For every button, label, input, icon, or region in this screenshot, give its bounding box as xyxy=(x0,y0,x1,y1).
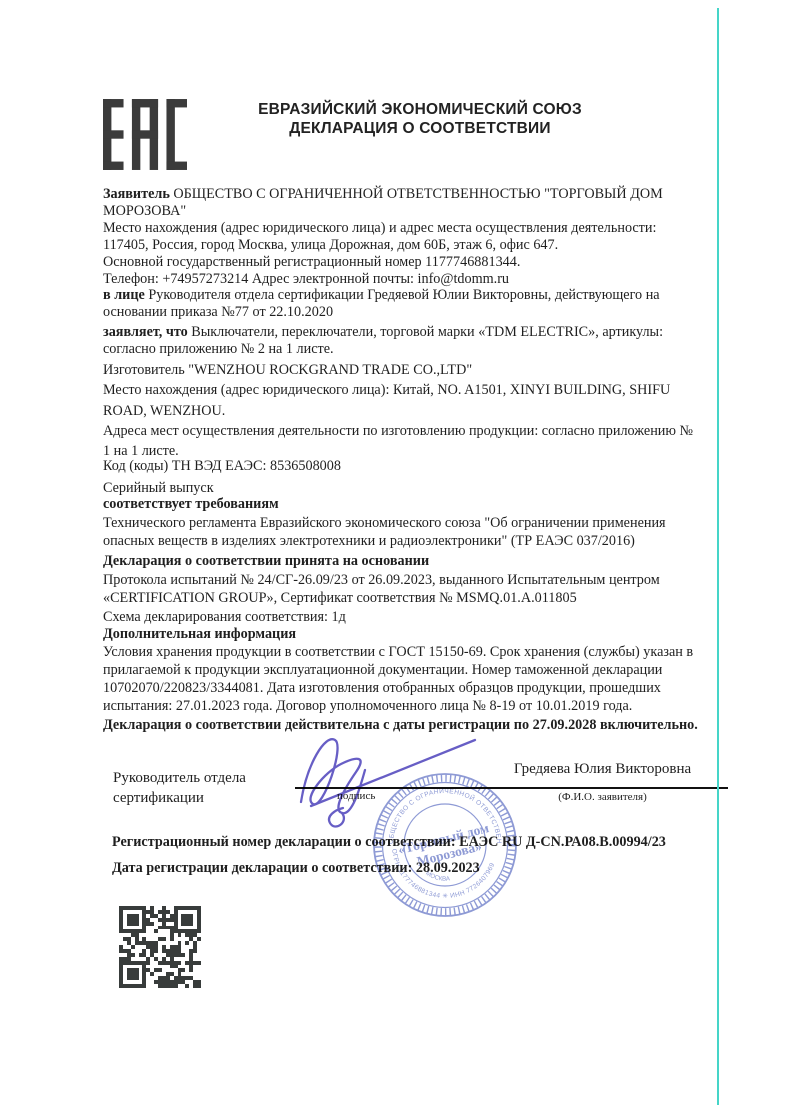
declares-section: заявляет, что Выключатели, переключатели… xyxy=(103,324,663,358)
additional-info-section: Дополнительная информация Условия хранен… xyxy=(103,625,693,715)
applicant-address-line: Место нахождения (адрес юридического лиц… xyxy=(103,220,663,237)
svg-text:МОСКВА: МОСКВА xyxy=(424,870,451,883)
compliance-line1: Технического регламента Евразийского эко… xyxy=(103,514,666,533)
applicant-name-part1: ОБЩЕСТВО С ОГРАНИЧЕННОЙ ОТВЕТСТВЕННОСТЬЮ… xyxy=(170,186,663,202)
basis-label: Декларация о соответствии принята на осн… xyxy=(103,552,660,571)
declaration-document-page: ЕВРАЗИЙСКИЙ ЭКОНОМИЧЕСКИЙ СОЮЗ ДЕКЛАРАЦИ… xyxy=(0,0,792,1120)
header-title-line1: ЕВРАЗИЙСКИЙ ЭКОНОМИЧЕСКИЙ СОЮЗ xyxy=(210,100,630,119)
manufacturer-address-line1: Место нахождения (адрес юридического лиц… xyxy=(103,380,693,400)
basis-section: Декларация о соответствии принята на осн… xyxy=(103,552,660,626)
document-header: ЕВРАЗИЙСКИЙ ЭКОНОМИЧЕСКИЙ СОЮЗ ДЕКЛАРАЦИ… xyxy=(210,100,630,138)
additional-info-label: Дополнительная информация xyxy=(103,625,693,643)
header-title-line2: ДЕКЛАРАЦИЯ О СООТВЕТСТВИИ xyxy=(210,119,630,138)
basis-line1: Протокола испытаний № 24/СГ-26.09/23 от … xyxy=(103,571,660,590)
applicant-label: Заявитель xyxy=(103,186,170,202)
additional-line3: 10702070/220823/3344081. Дата изготовлен… xyxy=(103,679,693,697)
manufacturer-activity-line1: Адреса мест осуществления деятельности п… xyxy=(103,421,693,441)
qr-module xyxy=(197,984,201,988)
eac-logo xyxy=(103,97,187,172)
company-round-stamp: ОБЩЕСТВО С ОГРАНИЧЕННОЙ ОТВЕТСТВЕННОСТЬЮ… xyxy=(365,765,525,925)
applicant-contacts-line: Телефон: +74957273214 Адрес электронной … xyxy=(103,271,663,288)
qr-code xyxy=(119,906,201,988)
compliance-label: соответствует требованиям xyxy=(103,495,666,514)
declares-label: заявляет, что xyxy=(103,324,188,340)
manufacturer-section: Изготовитель "WENZHOU ROCKGRAND TRADE CO… xyxy=(103,360,693,461)
signer-role-line1: Руководитель отдела xyxy=(113,768,246,788)
signer-role-line2: сертификации xyxy=(113,788,246,808)
inperson-rest: Руководителя отдела сертификации Гредяев… xyxy=(145,287,660,303)
additional-line2: прилагаемой к продукции эксплуатационной… xyxy=(103,661,693,679)
additional-line1: Условия хранения продукции в соответстви… xyxy=(103,643,693,661)
inperson-label: в лице xyxy=(103,287,145,303)
applicant-line1: Заявитель ОБЩЕСТВО С ОГРАНИЧЕННОЙ ОТВЕТС… xyxy=(103,186,663,203)
codes-section: Код (коды) ТН ВЭД ЕАЭС: 8536508008 Серий… xyxy=(103,455,341,499)
compliance-section: соответствует требованиям Технического р… xyxy=(103,495,666,551)
applicant-address-line: 117405, Россия, город Москва, улица Доро… xyxy=(103,237,663,254)
manufacturer-address-line2: ROAD, WENZHOU. xyxy=(103,401,693,421)
declares-line1: заявляет, что Выключатели, переключатели… xyxy=(103,324,663,341)
applicant-name-part2: МОРОЗОВА" xyxy=(103,203,663,220)
compliance-line2: опасных веществ в изделиях электротехник… xyxy=(103,532,666,551)
basis-scheme-line: Схема декларирования соответствия: 1д xyxy=(103,608,660,627)
signer-role: Руководитель отдела сертификации xyxy=(113,768,246,808)
tnved-code-line: Код (коды) ТН ВЭД ЕАЭС: 8536508008 xyxy=(103,455,341,477)
applicant-inperson-line2: основании приказа №77 от 22.10.2020 xyxy=(103,304,663,321)
basis-line2: «CERTIFICATION GROUP», Сертификат соотве… xyxy=(103,589,660,608)
scan-artifact-line xyxy=(717,8,719,1105)
additional-line4: испытания: 27.01.2023 года. Договор упол… xyxy=(103,697,693,715)
declares-rest: Выключатели, переключатели, торговой мар… xyxy=(188,324,663,340)
declares-line2: согласно приложению № 2 на 1 листе. xyxy=(103,341,663,358)
applicant-section: Заявитель ОБЩЕСТВО С ОГРАНИЧЕННОЙ ОТВЕТС… xyxy=(103,186,663,321)
manufacturer-name-line: Изготовитель "WENZHOU ROCKGRAND TRADE CO… xyxy=(103,360,693,380)
applicant-ogrn-line: Основной государственный регистрационный… xyxy=(103,254,663,271)
stamp-city-text: МОСКВА xyxy=(424,870,451,883)
applicant-inperson-line1: в лице Руководителя отдела сертификации … xyxy=(103,287,663,304)
